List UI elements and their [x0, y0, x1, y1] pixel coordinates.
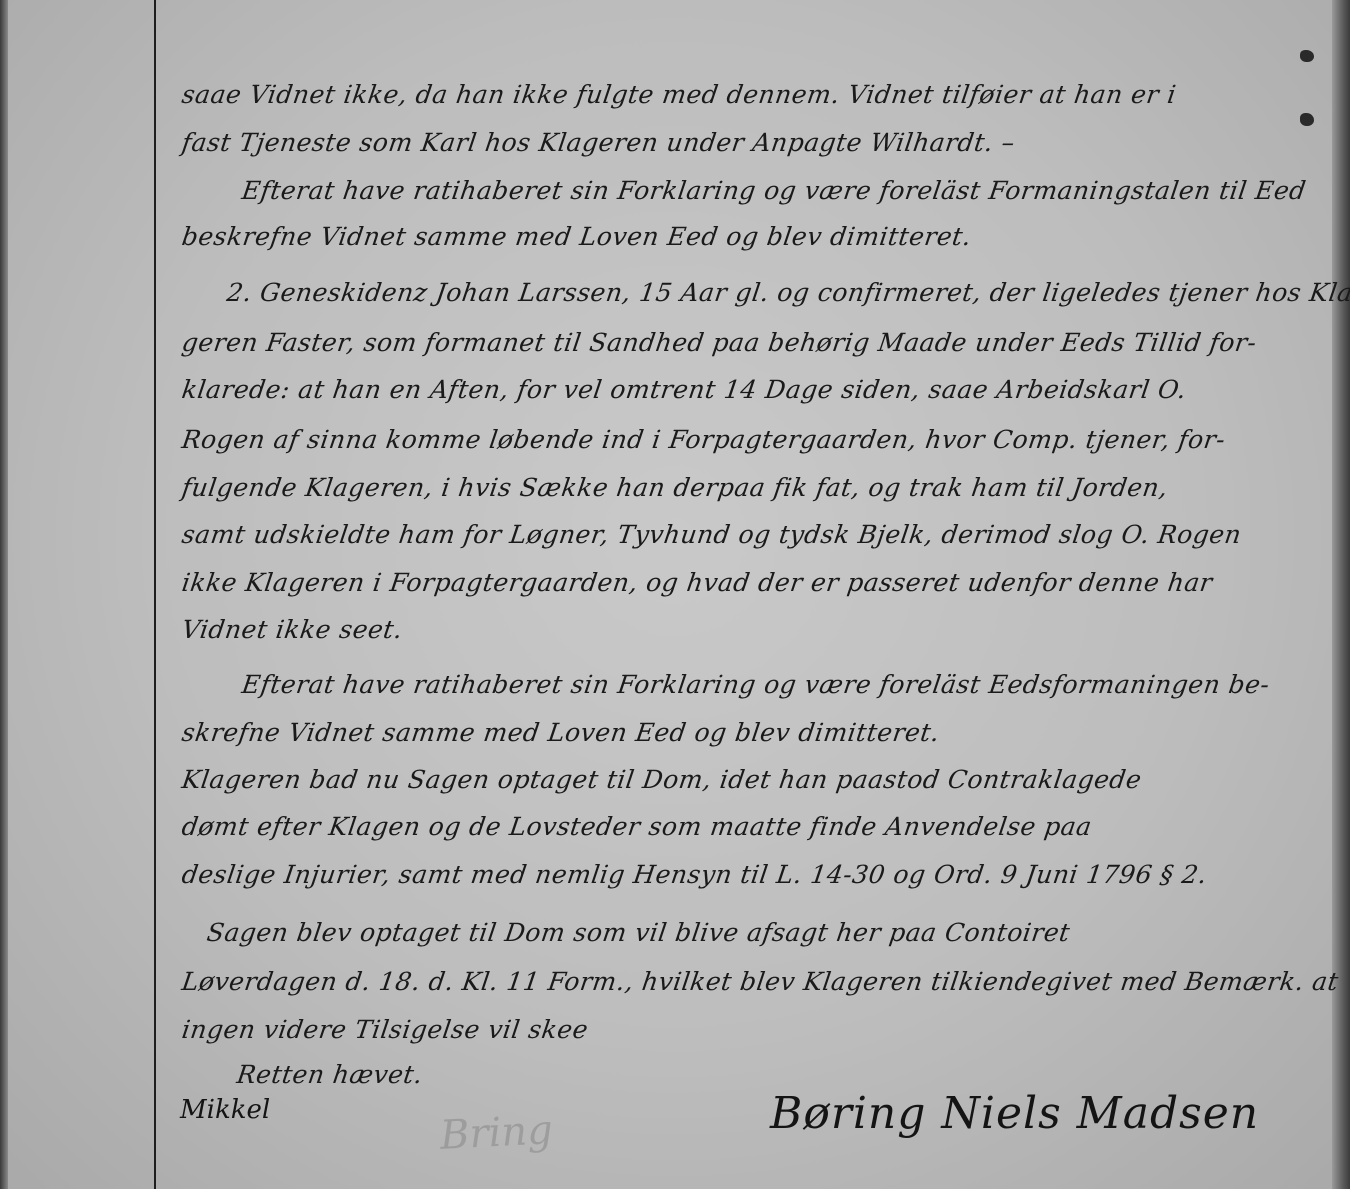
page-right-edge-binding	[1332, 0, 1350, 1189]
text-line: Klageren bad nu Sagen optaget til Dom, i…	[180, 765, 1143, 794]
text-line: skrefne Vidnet samme med Loven Eed og bl…	[180, 718, 942, 747]
text-line: Efterat have ratihaberet sin Forklaring …	[240, 176, 1308, 205]
scanned-document-page: saae Vidnet ikke, da han ikke fulgte med…	[0, 0, 1350, 1189]
text-line: fulgende Klageren, i hvis Sække han derp…	[180, 473, 1170, 502]
text-line: Vidnet ikke seet.	[180, 615, 405, 644]
text-line: dømt efter Klagen og de Lovsteder som ma…	[180, 812, 1094, 841]
text-line: Efterat have ratihaberet sin Forklaring …	[240, 670, 1272, 699]
ink-blot	[1300, 113, 1314, 126]
text-line: Retten hævet.	[235, 1060, 425, 1089]
margin-rule-line	[154, 0, 156, 1189]
bleed-through-text: Bring	[439, 1107, 554, 1159]
text-line: Løverdagen d. 18. d. Kl. 11 Form., hvilk…	[180, 967, 1340, 996]
text-line: Rogen af sinna komme løbende ind i Forpa…	[180, 425, 1227, 454]
page-left-edge	[0, 0, 8, 1189]
text-line: beskrefne Vidnet samme med Loven Eed og …	[180, 222, 973, 251]
text-line: fast Tjeneste som Karl hos Klageren unde…	[180, 128, 1017, 157]
text-line: deslige Injurier, samt med nemlig Hensyn…	[180, 860, 1209, 889]
text-line: saae Vidnet ikke, da han ikke fulgte med…	[180, 80, 1178, 109]
text-line: klarede: at han en Aften, for vel omtren…	[180, 375, 1188, 404]
text-line: geren Faster, som formanet til Sandhed p…	[180, 328, 1259, 357]
text-line: ikke Klageren i Forpagtergaarden, og hva…	[180, 568, 1214, 597]
text-line: ingen videre Tilsigelse vil skee	[180, 1015, 590, 1044]
ink-blot	[1300, 50, 1314, 62]
text-line: 2. Geneskidenz Johan Larssen, 15 Aar gl.…	[225, 278, 1350, 307]
text-line: Sagen blev optaget til Dom som vil blive…	[205, 918, 1072, 947]
text-line: samt udskieldte ham for Løgner, Tyvhund …	[180, 520, 1243, 549]
signature-left: Mikkel	[180, 1095, 270, 1125]
signature-right: Børing Niels Madsen	[770, 1088, 1259, 1139]
